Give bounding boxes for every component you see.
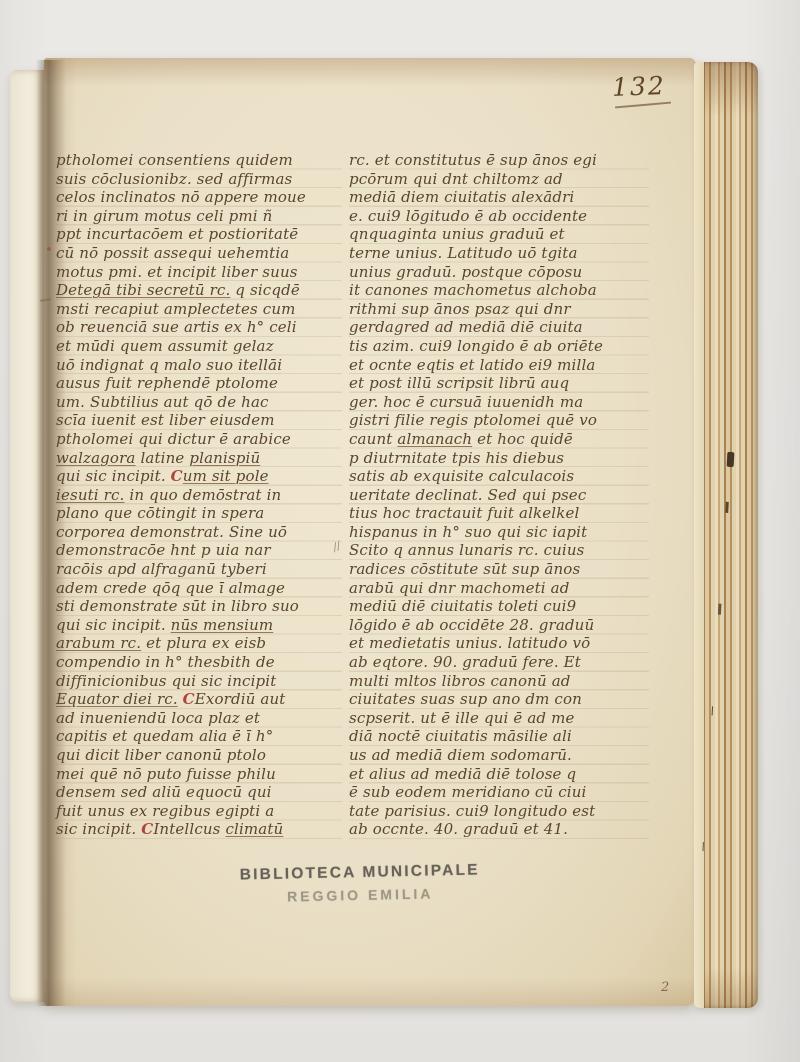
manuscript-line: ad inueniendū loca plaz et [56, 709, 342, 728]
manuscript-line: uō indignat q malo suo itellāi [56, 356, 342, 375]
manuscript-line: ciuitates suas sup ano dm con [349, 690, 649, 709]
edge-stain-spots [727, 452, 735, 467]
manuscript-line: satis ab exquisite calculacois [349, 467, 649, 486]
folio-number: 132 [612, 71, 667, 102]
manuscript-photo: 132 ptholomei consentiens quidemsuis cōc… [0, 0, 800, 1062]
manuscript-line: fuit unus ex regibus egipti a [56, 802, 342, 821]
manuscript-line: radices cōstitute sūt sup ānos [349, 560, 649, 579]
manuscript-line: tius hoc tractauit fuit alkelkel [349, 504, 649, 523]
manuscript-line: ab occnte. 40. graduū et 41. [349, 820, 649, 839]
manuscript-line: plano que cōtingit in spera [56, 504, 342, 523]
manuscript-line: ausus fuit rephendē ptolome [56, 374, 342, 393]
manuscript-line: ri in girum motus celi pmi ñ [56, 207, 342, 226]
left-column: ptholomei consentiens quidemsuis cōclusi… [56, 151, 342, 841]
manuscript-line: qui dicit liber canonū ptolo [56, 746, 342, 765]
manuscript-line: mei quē nō puto fuisse philu [56, 765, 342, 784]
manuscript-line: hispanus in h° suo qui sic iapit [349, 523, 649, 542]
manuscript-line: iesuti rc. in quo demōstrat in [56, 486, 342, 505]
manuscript-line: et ocnte eqtis et latido ei9 milla [349, 356, 649, 375]
manuscript-line: qnquaginta unius graduū et [349, 225, 649, 244]
manuscript-line: celos inclinatos nō appere moue [56, 188, 342, 207]
manuscript-line: ppt incurtacōem et postioritatē [56, 225, 342, 244]
manuscript-line: et mūdi quem assumit gelaz [56, 337, 342, 356]
manuscript-line: compendio in h° thesbith de [56, 653, 342, 672]
manuscript-line: et post illū scripsit librū auq [349, 374, 649, 393]
fore-edge-stack [694, 62, 758, 1008]
manuscript-line: adem crede qōq que ī almage [56, 579, 342, 598]
manuscript-line: et medietatis unius. latitudo vō [349, 634, 649, 653]
manuscript-line: Detegā tibi secretū rc. q sicqdē [56, 281, 342, 300]
quire-mark: 2 [661, 980, 669, 995]
manuscript-line: diā noctē ciuitatis māsilie ali [349, 727, 649, 746]
manuscript-line: tis azim. cui9 longido ē ab oriēte [349, 337, 649, 356]
manuscript-line: cū nō possit assequi uehemtia [56, 244, 342, 263]
manuscript-line: lōgido ē ab occidēte 28. graduū [349, 616, 649, 635]
manuscript-line: gistri filie regis ptolomei quē vo [349, 411, 649, 430]
manuscript-line: sic incipit. CIntellcus climatū [56, 820, 342, 839]
manuscript-line: densem sed aliū equocū qui [56, 783, 342, 802]
manuscript-line: demonstracōe hnt p uia nar [56, 541, 342, 560]
manuscript-line: multi mltos libros canonū ad [349, 672, 649, 691]
manuscript-line: sti demonstrate sūt in libro suo [56, 597, 342, 616]
manuscript-line: gerdagred ad mediā diē ciuita [349, 318, 649, 337]
manuscript-line: ptholomei qui dictur ē arabice [56, 430, 342, 449]
manuscript-line: suis cōclusionibz. sed affirmas [56, 170, 342, 189]
manuscript-line: um. Subtilius aut qō de hac [56, 393, 342, 412]
manuscript-line: walzagora latine planispiū [56, 449, 342, 468]
manuscript-line: e. cui9 lōgitudo ē ab occidente [349, 207, 649, 226]
manuscript-line: rithmi sup ānos psaz qui dnr [349, 300, 649, 319]
manuscript-line: pcōrum qui dnt chiltomz ad [349, 170, 649, 189]
manuscript-line: scīa iuenit est liber eiusdem [56, 411, 342, 430]
manuscript-line: capitis et quedam alia ē ī h° [56, 727, 342, 746]
manuscript-line: arabum rc. et plura ex eisb [56, 634, 342, 653]
manuscript-line: racōis apd alfraganū tyberi [56, 560, 342, 579]
manuscript-line: mediā diem ciuitatis alexādri [349, 188, 649, 207]
manuscript-line: motus pmi. et incipit liber suus [56, 263, 342, 282]
manuscript-line: ab eqtore. 90. graduū fere. Et [349, 653, 649, 672]
facing-page-edge [10, 70, 46, 1002]
margin-red-dot [47, 247, 51, 251]
current-page-edge [694, 62, 704, 1008]
manuscript-line: msti recapiut amplectetes cum [56, 300, 342, 319]
manuscript-line: corporea demonstrat. Sine uō [56, 523, 342, 542]
manuscript-line: rc. et constitutus ē sup ānos egi [349, 151, 649, 170]
manuscript-line: it canones machometus alchoba [349, 281, 649, 300]
right-column: rc. et constitutus ē sup ānos egipcōrum … [349, 151, 649, 841]
manuscript-line: Equator diei rc. CExordiū aut [56, 690, 342, 709]
manuscript-line: p diutrnitate tpis his diebus [349, 449, 649, 468]
library-stamp: BIBLIOTECA MUNICIPALE REGGIO EMILIA [228, 861, 493, 906]
manuscript-line: qui sic incipit. nūs mensium [56, 616, 342, 635]
manuscript-line: unius graduū. postque cōposu [349, 263, 649, 282]
manuscript-line: Scito q annus lunaris rc. cuius [349, 541, 649, 560]
manuscript-line: ueritate declinat. Sed qui psec [349, 486, 649, 505]
manuscript-line: us ad mediā diem sodomarū. [349, 746, 649, 765]
manuscript-line: ob reuenciā sue artis ex h° celi [56, 318, 342, 337]
manuscript-line: arabū qui dnr machometi ad [349, 579, 649, 598]
manuscript-line: terne unius. Latitudo uō tgita [349, 244, 649, 263]
manuscript-line: ē sub eodem meridiano cū ciui [349, 783, 649, 802]
manuscript-line: tate parisius. cui9 longitudo est [349, 802, 649, 821]
manuscript-line: et alius ad mediā diē tolose q [349, 765, 649, 784]
manuscript-line: ptholomei consentiens quidem [56, 151, 342, 170]
manuscript-line: ger. hoc ē cursuā iuuenidh ma [349, 393, 649, 412]
manuscript-line: qui sic incipit. Cum sit pole [56, 467, 342, 486]
manuscript-line: scpserit. ut ē ille qui ē ad me [349, 709, 649, 728]
manuscript-line: mediū diē ciuitatis toleti cui9 [349, 597, 649, 616]
manuscript-line: caunt almanach et hoc quidē [349, 430, 649, 449]
manuscript-line: diffinicionibus qui sic incipit [56, 672, 342, 691]
